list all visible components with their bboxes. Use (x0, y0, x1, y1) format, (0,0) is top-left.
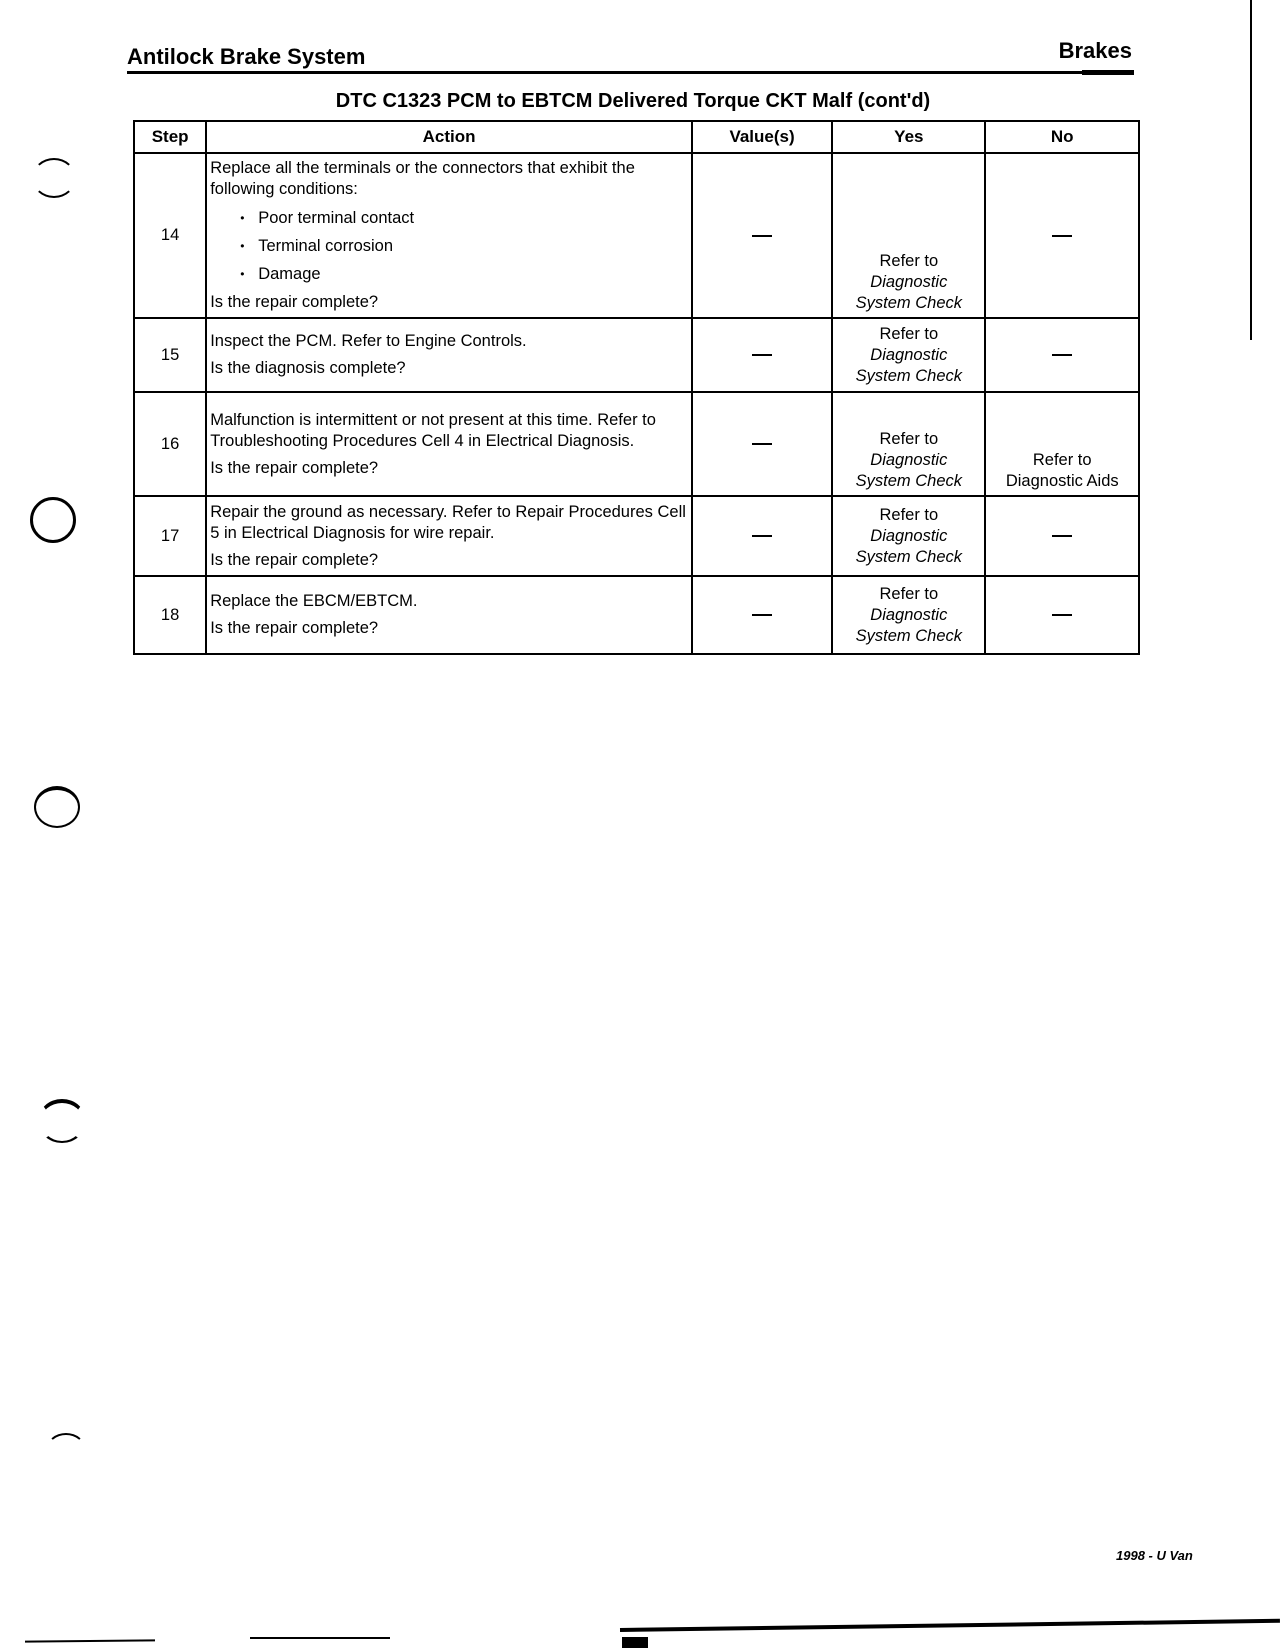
action-question: Is the repair complete? (210, 618, 687, 639)
dash-icon (1052, 614, 1072, 616)
chapter-title: Brakes (1059, 38, 1132, 64)
dash-icon (752, 443, 772, 445)
dash-icon (752, 235, 772, 237)
punch-hole-icon (32, 158, 76, 198)
values-cell (692, 153, 832, 318)
dash-icon (752, 354, 772, 356)
yes-prefix: Refer to (833, 251, 984, 272)
table-title: DTC C1323 PCM to EBTCM Delivered Torque … (127, 90, 1139, 113)
action-cell: Inspect the PCM. Refer to Engine Control… (206, 318, 692, 392)
punch-hole-icon (30, 497, 76, 543)
values-cell (692, 392, 832, 496)
dash-icon (752, 535, 772, 537)
step-number: 17 (134, 496, 206, 576)
action-question: Is the repair complete? (210, 292, 687, 313)
table-row: 17 Repair the ground as necessary. Refer… (134, 496, 1139, 576)
values-cell (692, 576, 832, 654)
table-row: 15 Inspect the PCM. Refer to Engine Cont… (134, 318, 1139, 392)
section-title: Antilock Brake System (127, 44, 365, 70)
yes-reference-link[interactable]: Diagnostic System Check (849, 526, 969, 568)
yes-prefix: Refer to (833, 584, 984, 605)
column-header-values: Value(s) (692, 121, 832, 153)
scan-edge-line (1250, 0, 1252, 340)
action-text: Replace the EBCM/EBTCM. (210, 591, 687, 612)
list-item: Damage (258, 260, 687, 288)
yes-cell: Refer to Diagnostic System Check (832, 318, 985, 392)
yes-cell: Refer to Diagnostic System Check (832, 392, 985, 496)
header-rule-accent (1082, 70, 1134, 75)
action-cell: Repair the ground as necessary. Refer to… (206, 496, 692, 576)
punch-hole-icon (38, 1099, 86, 1143)
action-text: Replace all the terminals or the connect… (210, 158, 687, 200)
list-item: Poor terminal contact (258, 204, 687, 232)
condition-list: Poor terminal contact Terminal corrosion… (210, 204, 687, 288)
action-question: Is the repair complete? (210, 550, 687, 571)
dash-icon (752, 614, 772, 616)
table-row: 14 Replace all the terminals or the conn… (134, 153, 1139, 318)
no-cell (985, 318, 1139, 392)
no-cell (985, 496, 1139, 576)
step-number: 18 (134, 576, 206, 654)
yes-cell: Refer to Diagnostic System Check (832, 576, 985, 654)
dash-icon (1052, 535, 1072, 537)
column-header-no: No (985, 121, 1139, 153)
punch-hole-icon (34, 786, 80, 828)
scan-edge-line (250, 1637, 390, 1639)
values-cell (692, 318, 832, 392)
diagnostic-table: Step Action Value(s) Yes No 14 Replace a… (133, 120, 1140, 655)
yes-cell: Refer to Diagnostic System Check (832, 496, 985, 576)
no-cell: Refer to Diagnostic Aids (985, 392, 1139, 496)
yes-cell: Refer to Diagnostic System Check (832, 153, 985, 318)
yes-prefix: Refer to (833, 429, 984, 450)
column-header-step: Step (134, 121, 206, 153)
column-header-yes: Yes (832, 121, 985, 153)
action-question: Is the diagnosis complete? (210, 358, 687, 379)
scan-edge-line (620, 1619, 1280, 1632)
values-cell (692, 496, 832, 576)
no-cell (985, 576, 1139, 654)
scan-edge-mark (622, 1637, 648, 1648)
step-number: 16 (134, 392, 206, 496)
step-number: 14 (134, 153, 206, 318)
action-text: Inspect the PCM. Refer to Engine Control… (210, 331, 687, 352)
table-header-row: Step Action Value(s) Yes No (134, 121, 1139, 153)
yes-reference-link[interactable]: Diagnostic System Check (849, 605, 969, 647)
yes-reference-link[interactable]: Diagnostic System Check (849, 272, 969, 314)
yes-reference-link[interactable]: Diagnostic System Check (849, 450, 969, 492)
action-text: Malfunction is intermittent or not prese… (210, 410, 687, 452)
table-row: 18 Replace the EBCM/EBTCM. Is the repair… (134, 576, 1139, 654)
yes-prefix: Refer to (833, 505, 984, 526)
dash-icon (1052, 235, 1072, 237)
no-cell (985, 153, 1139, 318)
punch-hole-icon (46, 1433, 86, 1467)
list-item: Terminal corrosion (258, 232, 687, 260)
dash-icon (1052, 354, 1072, 356)
action-question: Is the repair complete? (210, 458, 687, 479)
action-cell: Replace all the terminals or the connect… (206, 153, 692, 318)
column-header-action: Action (206, 121, 692, 153)
header-rule (127, 71, 1133, 74)
action-text: Repair the ground as necessary. Refer to… (210, 502, 687, 544)
yes-reference-link[interactable]: Diagnostic System Check (849, 345, 969, 387)
no-reference-link[interactable]: Refer to Diagnostic Aids (997, 450, 1127, 492)
scan-edge-line (25, 1639, 155, 1642)
yes-prefix: Refer to (833, 324, 984, 345)
action-cell: Replace the EBCM/EBTCM. Is the repair co… (206, 576, 692, 654)
step-number: 15 (134, 318, 206, 392)
table-row: 16 Malfunction is intermittent or not pr… (134, 392, 1139, 496)
page-footer: 1998 - U Van (1116, 1548, 1193, 1563)
action-cell: Malfunction is intermittent or not prese… (206, 392, 692, 496)
